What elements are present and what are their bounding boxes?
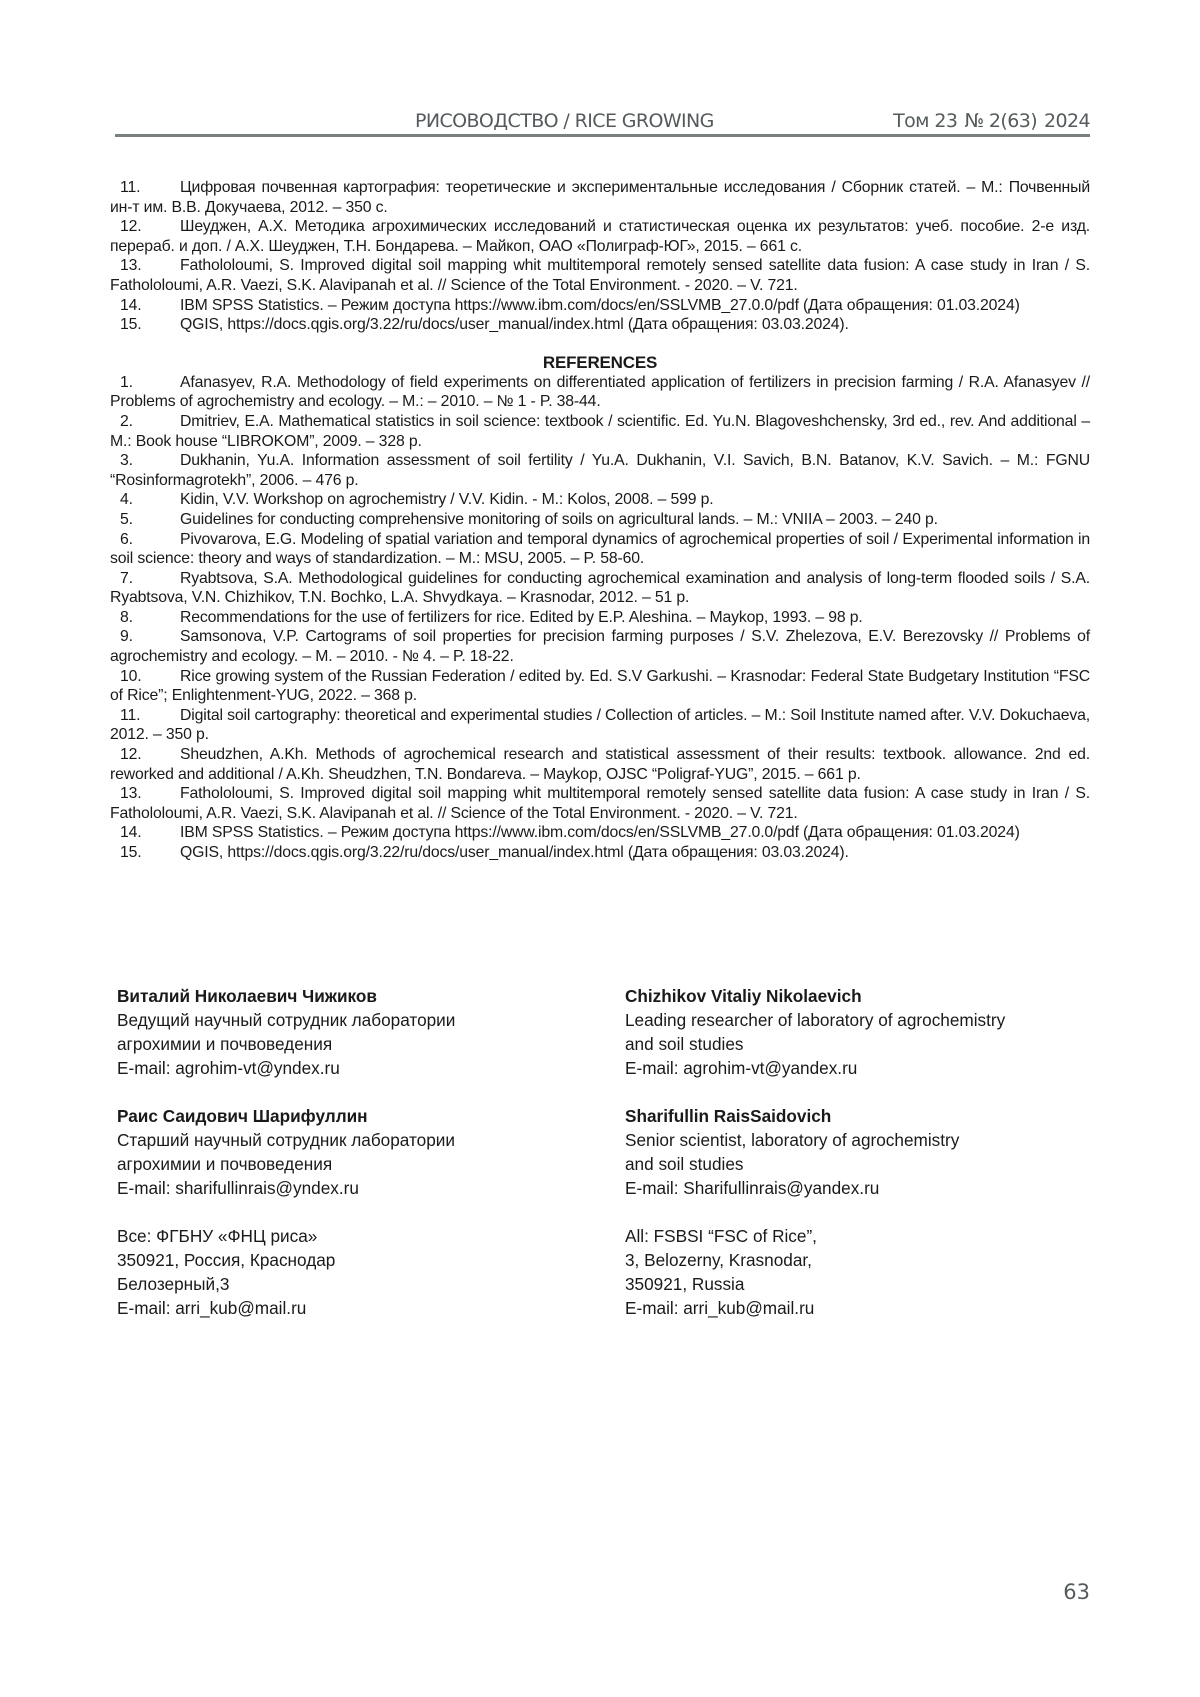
reference-number: 9. (120, 627, 180, 647)
author-name: Раис Саидович Шарифуллин (117, 1104, 625, 1128)
reference-text: Dmitriev, E.A. Mathematical statistics i… (110, 413, 1090, 450)
reference-item: 13.Fathololoumi, S. Improved digital soi… (110, 256, 1090, 295)
reference-item: 3.Dukhanin, Yu.A. Information assessment… (110, 451, 1090, 490)
reference-number: 8. (120, 608, 180, 628)
reference-number: 12. (120, 217, 180, 237)
russian-reference-list: 11.Цифровая почвенная картография: теоре… (110, 178, 1090, 335)
reference-text: Guidelines for conducting comprehensive … (180, 511, 938, 528)
reference-number: 5. (120, 510, 180, 530)
reference-number: 14. (120, 823, 180, 843)
reference-number: 11. (120, 178, 180, 198)
affiliation-line: 3, Belozerny, Krasnodar, (625, 1248, 1075, 1272)
author-position: Senior scientist, laboratory of agrochem… (625, 1128, 1075, 1152)
reference-number: 2. (120, 412, 180, 432)
reference-text: Digital soil cartography: theoretical an… (110, 707, 1090, 744)
reference-item: 12.Sheudzhen, A.Kh. Methods of agrochemi… (110, 745, 1090, 784)
english-reference-list: 1.Afanasyev, R.A. Methodology of field e… (110, 373, 1090, 863)
affiliation-line: Белозерный,3 (117, 1272, 625, 1296)
reference-text: IBM SPSS Statistics. – Режим доступа htt… (180, 824, 1020, 841)
affiliation-block: Все: ФГБНУ «ФНЦ риса» 350921, Россия, Кр… (117, 1224, 1077, 1320)
reference-number: 7. (120, 569, 180, 589)
affiliation-line: 350921, Россия, Краснодар (117, 1248, 625, 1272)
reference-text: Ryabtsova, S.A. Methodological guideline… (110, 570, 1090, 607)
author-name: Sharifullin RaisSaidovich (625, 1104, 1075, 1128)
reference-item: 12.Шеуджен, А.Х. Методика агрохимических… (110, 217, 1090, 256)
reference-item: 11.Цифровая почвенная картография: теоре… (110, 178, 1090, 217)
author-ru: Раис Саидович Шарифуллин Старший научный… (117, 1104, 625, 1200)
issue-number: № 2(63) (964, 110, 1037, 132)
author-email: E-mail: agrohim-vt@yandex.ru (625, 1056, 1075, 1080)
reference-text: Samsonova, V.P. Cartograms of soil prope… (110, 628, 1090, 665)
affiliation-en: All: FSBSI “FSC of Rice”, 3, Belozerny, … (625, 1224, 1075, 1320)
reference-item: 10.Rice growing system of the Russian Fe… (110, 667, 1090, 706)
running-header: РИСОВОДСТВО / RICE GROWING Том 23№ 2(63)… (115, 104, 1090, 137)
reference-text: Dukhanin, Yu.A. Information assessment o… (110, 452, 1090, 489)
reference-number: 11. (120, 706, 180, 726)
reference-number: 15. (120, 315, 180, 335)
author-en: Sharifullin RaisSaidovich Senior scienti… (625, 1104, 1075, 1200)
author-position: агрохимии и почвоведения (117, 1032, 625, 1056)
volume: Том 23 (893, 110, 957, 132)
reference-item: 1.Afanasyev, R.A. Methodology of field e… (110, 373, 1090, 412)
reference-number: 13. (120, 784, 180, 804)
reference-item: 4.Kidin, V.V. Workshop on agrochemistry … (110, 490, 1090, 510)
reference-text: QGIS, https://docs.qgis.org/3.22/ru/docs… (180, 316, 849, 333)
reference-item: 2.Dmitriev, E.A. Mathematical statistics… (110, 412, 1090, 451)
affiliation-email: E-mail: arri_kub@mail.ru (117, 1296, 625, 1320)
reference-text: Pivovarova, E.G. Modeling of spatial var… (110, 531, 1090, 568)
reference-item: 14.IBM SPSS Statistics. – Режим доступа … (110, 823, 1090, 843)
reference-text: Recommendations for the use of fertilize… (180, 609, 863, 626)
reference-text: Afanasyev, R.A. Methodology of field exp… (110, 374, 1090, 411)
reference-item: 15.QGIS, https://docs.qgis.org/3.22/ru/d… (110, 843, 1090, 863)
affiliation-line: 350921, Russia (625, 1272, 1075, 1296)
reference-item: 14.IBM SPSS Statistics. – Режим доступа … (110, 296, 1090, 316)
reference-item: 5.Guidelines for conducting comprehensiv… (110, 510, 1090, 530)
author-en: Chizhikov Vitaliy Nikolaevich Leading re… (625, 984, 1075, 1080)
reference-number: 13. (120, 256, 180, 276)
reference-text: Rice growing system of the Russian Feder… (110, 668, 1090, 705)
reference-number: 14. (120, 296, 180, 316)
journal-name: РИСОВОДСТВО / RICE GROWING (415, 110, 714, 132)
page-number: 63 (1063, 1580, 1090, 1604)
author-position: Старший научный сотрудник лаборатории (117, 1128, 625, 1152)
author-name: Виталий Николаевич Чижиков (117, 984, 625, 1008)
reference-number: 6. (120, 530, 180, 550)
author-position: Leading researcher of laboratory of agro… (625, 1008, 1075, 1032)
author-position: and soil studies (625, 1032, 1075, 1056)
reference-number: 3. (120, 451, 180, 471)
reference-text: Цифровая почвенная картография: теоретич… (110, 179, 1090, 216)
reference-item: 15.QGIS, https://docs.qgis.org/3.22/ru/d… (110, 315, 1090, 335)
reference-item: 8.Recommendations for the use of fertili… (110, 608, 1090, 628)
reference-number: 10. (120, 667, 180, 687)
issue-info: Том 23№ 2(63)2024 (893, 110, 1090, 132)
reference-item: 11.Digital soil cartography: theoretical… (110, 706, 1090, 745)
reference-number: 12. (120, 745, 180, 765)
author-position: and soil studies (625, 1152, 1075, 1176)
reference-text: Sheudzhen, A.Kh. Methods of agrochemical… (110, 746, 1090, 783)
reference-text: QGIS, https://docs.qgis.org/3.22/ru/docs… (180, 844, 849, 861)
reference-item: 13.Fathololoumi, S. Improved digital soi… (110, 784, 1090, 823)
year: 2024 (1044, 110, 1090, 132)
reference-text: Шеуджен, А.Х. Методика агрохимических ис… (110, 218, 1090, 255)
author-block: Виталий Николаевич Чижиков Ведущий научн… (117, 984, 1077, 1080)
author-info: Виталий Николаевич Чижиков Ведущий научн… (117, 984, 1077, 1344)
author-position: агрохимии и почвоведения (117, 1152, 625, 1176)
author-email: E-mail: Sharifullinrais@yandex.ru (625, 1176, 1075, 1200)
affiliation-ru: Все: ФГБНУ «ФНЦ риса» 350921, Россия, Кр… (117, 1224, 625, 1320)
author-position: Ведущий научный сотрудник лаборатории (117, 1008, 625, 1032)
author-email: E-mail: sharifullinrais@yndex.ru (117, 1176, 625, 1200)
reference-number: 15. (120, 843, 180, 863)
affiliation-email: E-mail: arri_kub@mail.ru (625, 1296, 1075, 1320)
reference-number: 4. (120, 490, 180, 510)
references-heading: REFERENCES (110, 353, 1090, 373)
reference-text: Fathololoumi, S. Improved digital soil m… (110, 785, 1090, 822)
reference-number: 1. (120, 373, 180, 393)
reference-text: IBM SPSS Statistics. – Режим доступа htt… (180, 297, 1020, 314)
reference-item: 9.Samsonova, V.P. Cartograms of soil pro… (110, 627, 1090, 666)
affiliation-line: Все: ФГБНУ «ФНЦ риса» (117, 1224, 625, 1248)
reference-item: 7.Ryabtsova, S.A. Methodological guideli… (110, 569, 1090, 608)
reference-text: Kidin, V.V. Workshop on agrochemistry / … (180, 491, 713, 508)
affiliation-line: All: FSBSI “FSC of Rice”, (625, 1224, 1075, 1248)
author-name: Chizhikov Vitaliy Nikolaevich (625, 984, 1075, 1008)
author-email: E-mail: agrohim-vt@yndex.ru (117, 1056, 625, 1080)
author-ru: Виталий Николаевич Чижиков Ведущий научн… (117, 984, 625, 1080)
author-block: Раис Саидович Шарифуллин Старший научный… (117, 1104, 1077, 1200)
reference-item: 6.Pivovarova, E.G. Modeling of spatial v… (110, 530, 1090, 569)
reference-text: Fathololoumi, S. Improved digital soil m… (110, 257, 1090, 294)
main-content: 11.Цифровая почвенная картография: теоре… (110, 178, 1090, 863)
